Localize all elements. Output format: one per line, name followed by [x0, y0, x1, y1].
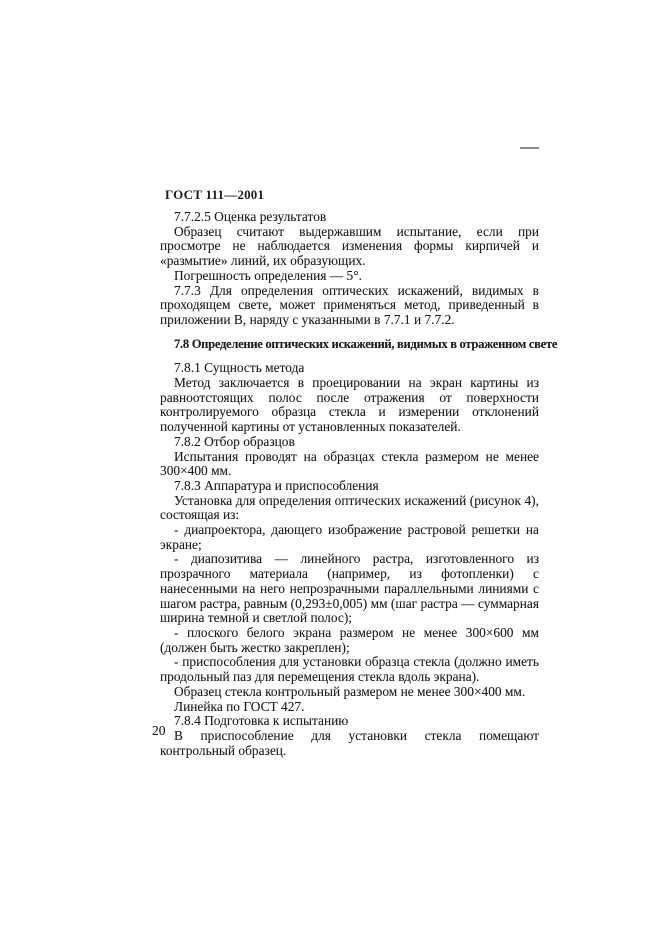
paragraph: Погрешность определения — 5°. — [160, 269, 539, 284]
paragraph: Метод заключается в проецировании на экр… — [160, 376, 539, 435]
doc-header: ГОСТ 111—2001 — [165, 187, 264, 203]
paragraph: 7.7.3 Для определения оптических искажен… — [160, 284, 539, 328]
paragraph: В приспособление для установки стекла по… — [160, 729, 539, 758]
paragraph: 7.7.2.5 Оценка результатов — [160, 210, 539, 225]
paragraph: - диапроектора, дающего изображение раст… — [160, 523, 539, 552]
section-heading: 7.8 Определение оптических искажений, ви… — [160, 337, 539, 352]
paragraph: Испытания проводят на образцах стекла ра… — [160, 450, 539, 479]
margin-mark — [520, 147, 539, 149]
paragraph: Образец считают выдержавшим испытание, е… — [160, 225, 539, 269]
paragraph: Линейка по ГОСТ 427. — [160, 700, 539, 715]
paragraph: 7.8.1 Сущность метода — [160, 361, 539, 376]
paragraph: 7.8.3 Аппаратура и приспособления — [160, 479, 539, 494]
paragraph: 7.8.2 Отбор образцов — [160, 435, 539, 450]
paragraph: Образец стекла контрольный размером не м… — [160, 685, 539, 700]
paragraph: Установка для определения оптических иск… — [160, 494, 539, 523]
document-page: ГОСТ 111—2001 7.7.2.5 Оценка результатов… — [0, 0, 661, 935]
page-number: 20 — [152, 723, 166, 739]
paragraph: - плоского белого экрана размером не мен… — [160, 626, 539, 655]
paragraph: 7.8.4 Подготовка к испытанию — [160, 714, 539, 729]
paragraph: - диапозитива — линейного растра, изгото… — [160, 552, 539, 626]
paragraph: - приспособления для установки образца с… — [160, 655, 539, 684]
doc-body: 7.7.2.5 Оценка результатовОбразец считаю… — [160, 210, 539, 758]
